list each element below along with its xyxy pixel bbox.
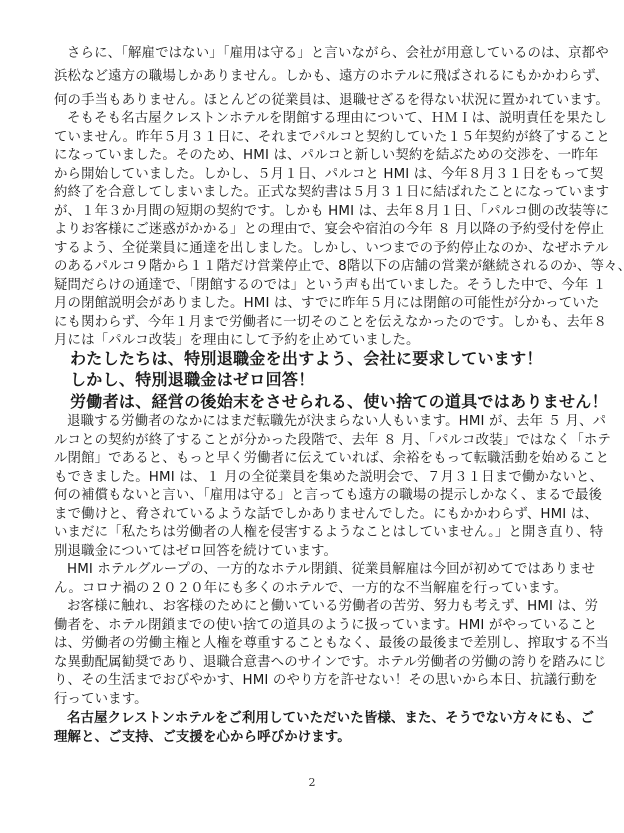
- paragraph-5-line-4: な異動配属勧奨であり、退職合意書へのサインです。ホテル労働者の労働の誇りを踏みに…: [54, 654, 574, 672]
- paragraph-3-line-1: 退職する労働者のなかにはまだ転職先が決まらない人もいます。HMI が、去年 ５ …: [67, 413, 587, 431]
- paragraph-3-line-7: いまだに「私たちは労働者の人権を侵害するようなことはしていません。」と開き直り、…: [54, 524, 574, 542]
- heading-not-disposable: 労働者は、経営の後始末をさせられる、使い捨ての道具ではありません！: [70, 392, 608, 412]
- paragraph-5-line-5: り、その生活までおびやかす、HMI のやり方を許せない！その思いから本日、抗議行…: [54, 672, 574, 690]
- paragraph-2-line-6: が、１年３か月間の短期の契約です。しかも HMI は、去年８月１日、「パルコ側の…: [54, 203, 574, 221]
- paragraph-3-line-4: もできました。HMI は、１ 月の全従業員を集めた説明会で、７月３１日まで働かな…: [54, 469, 574, 487]
- paragraph-2-line-9: のあるパルコ９階から１１階だけ営業停止で、8階以下の店舗の営業が継続されるのか、…: [54, 258, 574, 276]
- closing-line-2: 理解と、ご支持、ご支援を心から呼びかけます。: [54, 729, 574, 747]
- paragraph-3-line-5: 何の補償もないと言い、「雇用は守る」と言っても遠方の職場の提示しかなく、まるで最…: [54, 487, 574, 505]
- paragraph-5-line-3: は、労働者の労働主権と人権を尊重することもなく、最後の最後まで差別し、搾取する不…: [54, 635, 574, 653]
- heading-zero-answer: しかし、特別退職金はゼロ回答！: [70, 370, 315, 390]
- paragraph-3-line-8: 別退職金についてはゼロ回答を続けています。: [54, 543, 574, 561]
- paragraph-3-line-3: ル閉館」であると、もっと早く労働者に伝えていれば、余裕をもって転職活動を始めるこ…: [54, 450, 574, 468]
- paragraph-2-line-7: よりお客様にご迷惑がかかる」との理由で、宴会や宿泊の今年 ８ 月以降の予約受付を…: [54, 221, 574, 239]
- closing-line-1: 名古屋クレストンホテルをご利用していただいた皆様、また、そうでない方々にも、ご: [67, 710, 587, 728]
- document-page: さらに、「解雇ではない」「雇用は守る」と言いながら、会社が用意しているのは、京都…: [0, 0, 624, 833]
- paragraph-1-line-3: 何の手当もありません。ほとんどの従業員は、退職せざるを得ない状況に置かれています…: [54, 92, 574, 110]
- paragraph-2-line-13: 月には「パルコ改装」を理由にして予約を止めていました。: [54, 332, 574, 350]
- paragraph-2-line-8: するよう、全従業員に通達を出しました。しかし、いつまでの予約停止なのか、なぜホテ…: [54, 240, 574, 258]
- paragraph-3-line-2: ルコとの契約が終了することが分かった段階で、去年 ８ 月、「パルコ改装」ではなく…: [54, 432, 574, 450]
- paragraph-2-line-11: 月の閉館説明会がありました。HMI は、すでに昨年５月には閉館の可能性が分かって…: [54, 295, 574, 313]
- paragraph-2-line-2: ていません。昨年５月３１日に、それまでパルコと契約していた１５年契約が終了するこ…: [54, 129, 574, 147]
- paragraph-5-line-1: お客様に触れ、お客様のためにと働いている労働者の苦労、努力も考えず、HMI は、…: [67, 598, 587, 616]
- page-number: 2: [0, 776, 624, 789]
- paragraph-2-line-10: 疑問だらけの通達で、「閉館するのでは」という声も出ていました。そうした中で、今年…: [54, 277, 574, 295]
- paragraph-5-line-6: 行っています。: [54, 691, 574, 709]
- paragraph-4-line-2: ん。コロナ禍の２０２０年にも多くのホテルで、一方的な不当解雇を行っています。: [54, 580, 574, 598]
- paragraph-1-line-1: さらに、「解雇ではない」「雇用は守る」と言いながら、会社が用意しているのは、京都…: [67, 45, 587, 63]
- paragraph-2-line-3: になっていました。そのため、HMI は、パルコと新しい契約を結ぶための交渉を、一…: [54, 147, 574, 165]
- paragraph-2-line-5: 約終了を合意してしまいました。正式な契約書は５月３１日に結ばれたことになっていま…: [54, 184, 574, 202]
- paragraph-2-line-4: から開始していました。しかし、５月１日、パルコと HMI は、今年８月３１日をも…: [54, 166, 574, 184]
- paragraph-3-line-6: まで働けと、脅されているような話でしかありませんでした。にもかかわらず、HMI …: [54, 506, 574, 524]
- paragraph-2-line-12: にも関わらず、今年１月まで労働者に一切そのことを伝えなかったのです。しかも、去年…: [54, 314, 574, 332]
- paragraph-1-line-2: 浜松など遠方の職場しかありません。しかも、遠方のホテルに飛ばされるにもかかわらず…: [54, 68, 574, 86]
- paragraph-2-line-1: そもそも名古屋クレストンホテルを閉館する理由について、ＨＭＩは、説明責任を果たし: [67, 110, 587, 128]
- paragraph-5-line-2: 働者を、ホテル閉鎖までの使い捨ての道具のように扱っています。HMI がやっている…: [54, 617, 574, 635]
- heading-demand: わたしたちは、特別退職金を出すよう、会社に要求しています！: [70, 349, 543, 369]
- paragraph-4-line-1: HMI ホテルグループの、一方的なホテル閉鎖、従業員解雇は今回が初めてではありま…: [67, 561, 587, 579]
